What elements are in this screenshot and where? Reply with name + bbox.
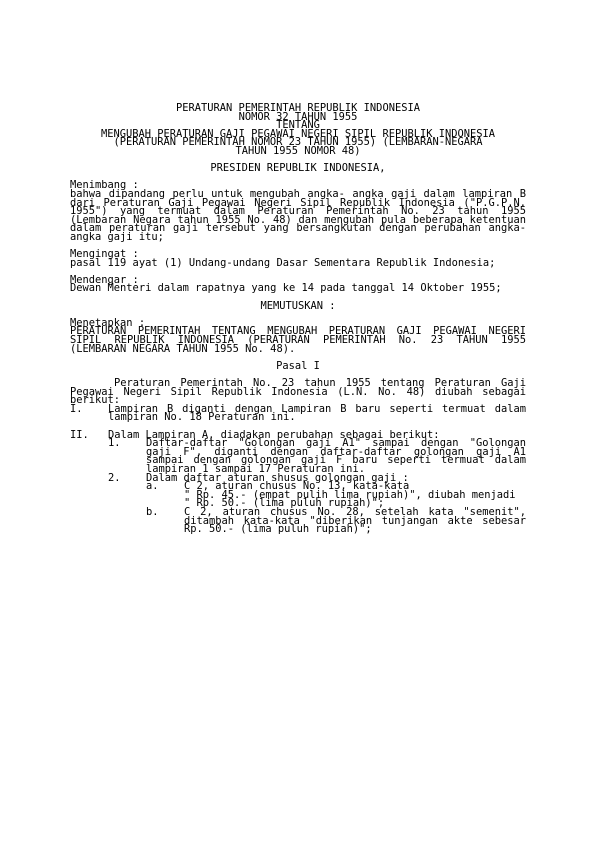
section-menetapkan: Menetapkan : PERATURAN PEMERINTAH TENTAN… bbox=[70, 319, 526, 353]
list-item-II: II. Dalam Lampiran A, diadakan perubahan… bbox=[70, 431, 526, 534]
list-number: 2. bbox=[108, 474, 146, 534]
president-heading: PRESIDEN REPUBLIK INDONESIA, bbox=[70, 164, 526, 173]
menimbang-text: bahwa dipandang perlu untuk mengubah ang… bbox=[70, 190, 526, 242]
list-text: Daftar-daftar "Golongan gaji A1" sampai … bbox=[146, 439, 526, 473]
section-mendengar: Mendengar : Dewan Menteri dalam rapatnya… bbox=[70, 276, 526, 293]
pasal-1-intro: Peraturan Pemerintah No. 23 tahun 1955 t… bbox=[70, 379, 526, 405]
header-subject-3: TAHUN 1955 NOMOR 48) bbox=[70, 147, 526, 156]
mendengar-text: Dewan Menteri dalam rapatnya yang ke 14 … bbox=[70, 284, 526, 293]
list-item-II-2-b: b. C 2, aturan chusus No. 28, setelah ka… bbox=[146, 508, 526, 534]
list-item-II-2: 2. Dalam daftar aturan shusus golongan g… bbox=[108, 474, 526, 534]
document-header: PERATURAN PEMERINTAH REPUBLIK INDONESIA … bbox=[70, 104, 526, 156]
list-item-II-1: 1. Daftar-daftar "Golongan gaji A1" samp… bbox=[108, 439, 526, 473]
menetapkan-text: PERATURAN PEMERINTAH TENTANG MENGUBAH PE… bbox=[70, 327, 526, 353]
list-item-I: I. Lampiran B diganti dengan Lampiran B … bbox=[70, 405, 526, 422]
section-mengingat: Mengingat : pasal 119 ayat (1) Undang-un… bbox=[70, 250, 526, 267]
list-text: Lampiran B diganti dengan Lampiran B bar… bbox=[108, 405, 526, 422]
section-menimbang: Menimbang : bahwa dipandang perlu untuk … bbox=[70, 181, 526, 241]
memutuskan-heading: MEMUTUSKAN : bbox=[70, 302, 526, 311]
list-number: a. bbox=[146, 482, 184, 508]
list-number: 1. bbox=[108, 439, 146, 473]
list-number: II. bbox=[70, 431, 108, 534]
list-number: I. bbox=[70, 405, 108, 422]
list-item-II-2-a: a. C 2, aturan chusus No. 13, kata-kata … bbox=[146, 482, 526, 508]
document-page: PERATURAN PEMERINTAH REPUBLIK INDONESIA … bbox=[70, 104, 526, 534]
list-text: C 2, aturan chusus No. 28, setelah kata … bbox=[184, 508, 526, 534]
pasal-1-title: Pasal I bbox=[70, 362, 526, 371]
mengingat-text: pasal 119 ayat (1) Undang-undang Dasar S… bbox=[70, 259, 526, 268]
list-number: b. bbox=[146, 508, 184, 534]
